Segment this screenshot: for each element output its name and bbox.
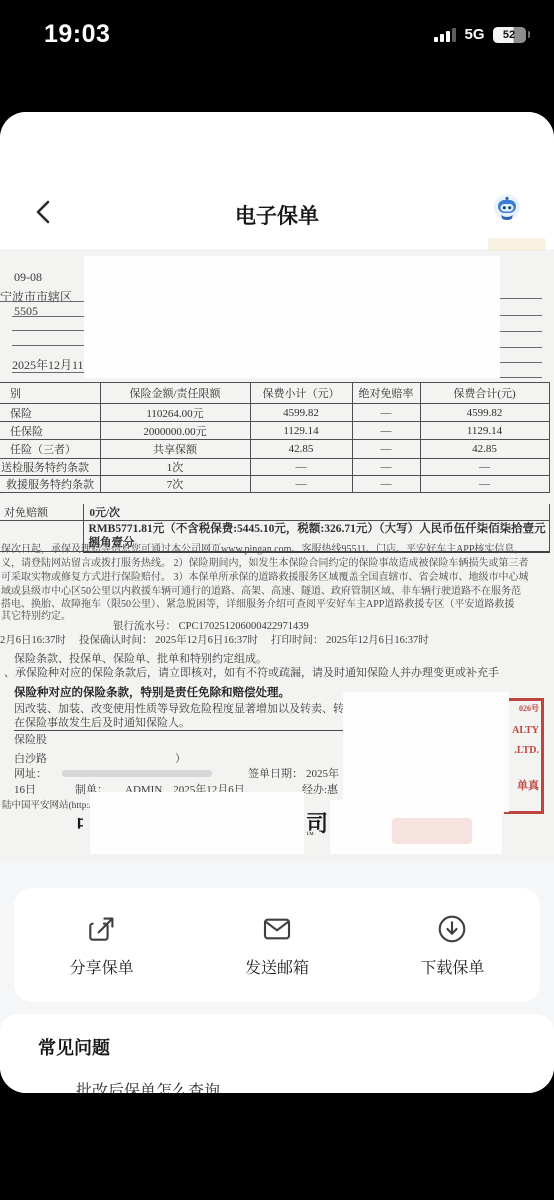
table-row: 救援服务特约条款7次 —— — — [0, 476, 549, 493]
doc-corner-code: 09-08 — [14, 270, 42, 285]
network-type: 5G — [464, 26, 484, 43]
fine-print-line: 义，请登陆网站留言或拨打服务热线。 2）保险期间内，如发生本保险合同约定的保险事… — [1, 554, 554, 569]
redaction-block-top — [84, 256, 500, 378]
faq-section: 常见问题 批改后保单怎么查询 — [0, 1014, 554, 1093]
doc-date-line: 2025年12月11 — [12, 356, 84, 373]
fine-print-line: 可采取实物或修复方式进行保险赔付。 3）本保单所承保的道路救援服务区域覆盖全国直… — [1, 568, 554, 583]
status-bar: 19:03 5G 52 — [0, 0, 554, 112]
col-header: 保费合计(元) — [420, 383, 549, 404]
redaction-block-middle — [343, 692, 509, 812]
table-row: 送检服务特约条款1次 —— — — [0, 459, 549, 476]
company-seal-stamp: 026号 ALTY .LTD. 单真 — [504, 698, 544, 814]
robot-icon — [492, 192, 522, 222]
signal-strength-icon — [434, 27, 456, 42]
street-mark: ） — [175, 750, 186, 766]
share-icon — [86, 913, 118, 945]
operator-fragment: 经办:惠 — [302, 781, 338, 797]
stamp-text: 026号 — [519, 703, 539, 714]
phone-screen: 19:03 5G 52 电子保单 — [0, 0, 554, 1200]
doc-address-line: 宁波市市辖区 — [0, 288, 72, 305]
policy-actions-card: 分享保单 发送邮箱 下载保单 — [14, 888, 540, 1002]
col-header: 保费小计（元） — [250, 383, 352, 404]
col-header: 别 — [0, 383, 100, 404]
send-email-button[interactable]: 发送邮箱 — [189, 888, 364, 1002]
stamp-smudge-top — [488, 238, 546, 251]
app-window: 电子保单 09-08 宁波市市辖区 5505 — [0, 112, 554, 1093]
page-title: 电子保单 — [0, 200, 554, 230]
street-fragment: 白沙路 — [14, 750, 47, 766]
fine-print-line: 保次日起，承保及理赔等信息您可通过本公司网页www.pingan.com、客服热… — [1, 540, 554, 555]
holder-fragment: 保险股 — [14, 731, 47, 747]
navbar: 电子保单 — [0, 112, 554, 251]
timestamps-line: 2月6日16:37时 投保确认时间： 2025年12月6日16:37时 打印时间… — [0, 632, 429, 647]
stamp-text: 单真 — [517, 777, 539, 793]
redaction-block-bottom-left — [90, 792, 304, 854]
table-row: 任险（三者）共享保额 42.85— 42.85 — [0, 440, 549, 459]
underlined-note: 在保险事故发生后及时通知保险人。 — [14, 714, 344, 731]
url-label: 网址： — [14, 765, 47, 781]
action-label: 分享保单 — [70, 955, 134, 978]
col-header: 绝对免赔率 — [352, 383, 420, 404]
battery-percent: 52 — [493, 27, 526, 43]
day-fragment: 16日 — [14, 781, 36, 797]
coverage-table: 别 保险金额/责任限额 保费小计（元） 绝对免赔率 保费合计(元) 保险1102… — [0, 382, 550, 493]
download-policy-button[interactable]: 下载保单 — [365, 888, 540, 1002]
mail-icon — [261, 913, 293, 945]
stamp-smudge-bottom — [392, 818, 472, 844]
faq-title: 常见问题 — [38, 1034, 110, 1060]
download-icon — [436, 913, 468, 945]
bank-serial-line: 银行流水号： CPC170251206000422971439 — [113, 618, 309, 633]
action-label: 发送邮箱 — [245, 955, 309, 978]
sign-date-value: 2025年 — [306, 765, 339, 781]
stamp-text: ALTY — [512, 725, 539, 736]
blurred-url-text — [62, 770, 212, 777]
col-header: 保险金额/责任限额 — [100, 383, 250, 404]
share-policy-button[interactable]: 分享保单 — [14, 888, 189, 1002]
faq-item[interactable]: 批改后保单怎么查询 — [76, 1078, 220, 1093]
battery-icon: 52 — [493, 27, 526, 43]
trademark-mark: ™ — [306, 830, 314, 839]
action-label: 下载保单 — [420, 955, 484, 978]
table-row: 任保险2000000.00元 1129.14— 1129.14 — [0, 422, 549, 440]
policy-document-preview[interactable]: 09-08 宁波市市辖区 5505 2025年12月11 别 — [0, 252, 554, 862]
stamp-text: .LTD. — [514, 745, 539, 756]
note-line: 、承保险种对应的保险条款后，请立即核对，如有不符或疏漏，请及时通知保险人并办理变… — [4, 664, 499, 680]
clock: 19:03 — [44, 20, 110, 49]
company-name-sliver: 中 — [76, 809, 83, 840]
sign-date-label: 签单日期： — [248, 765, 303, 781]
table-row: 保险110264.00元 4599.82— 4599.82 — [0, 404, 549, 422]
battery-nub — [528, 31, 531, 38]
assistant-button[interactable] — [492, 192, 522, 222]
deductible-row: 对免赔额 0元/次 — [0, 504, 549, 521]
bold-clause-note: 保险种对应的保险条款，特别是责任免除和赔偿处理。 — [14, 684, 290, 700]
